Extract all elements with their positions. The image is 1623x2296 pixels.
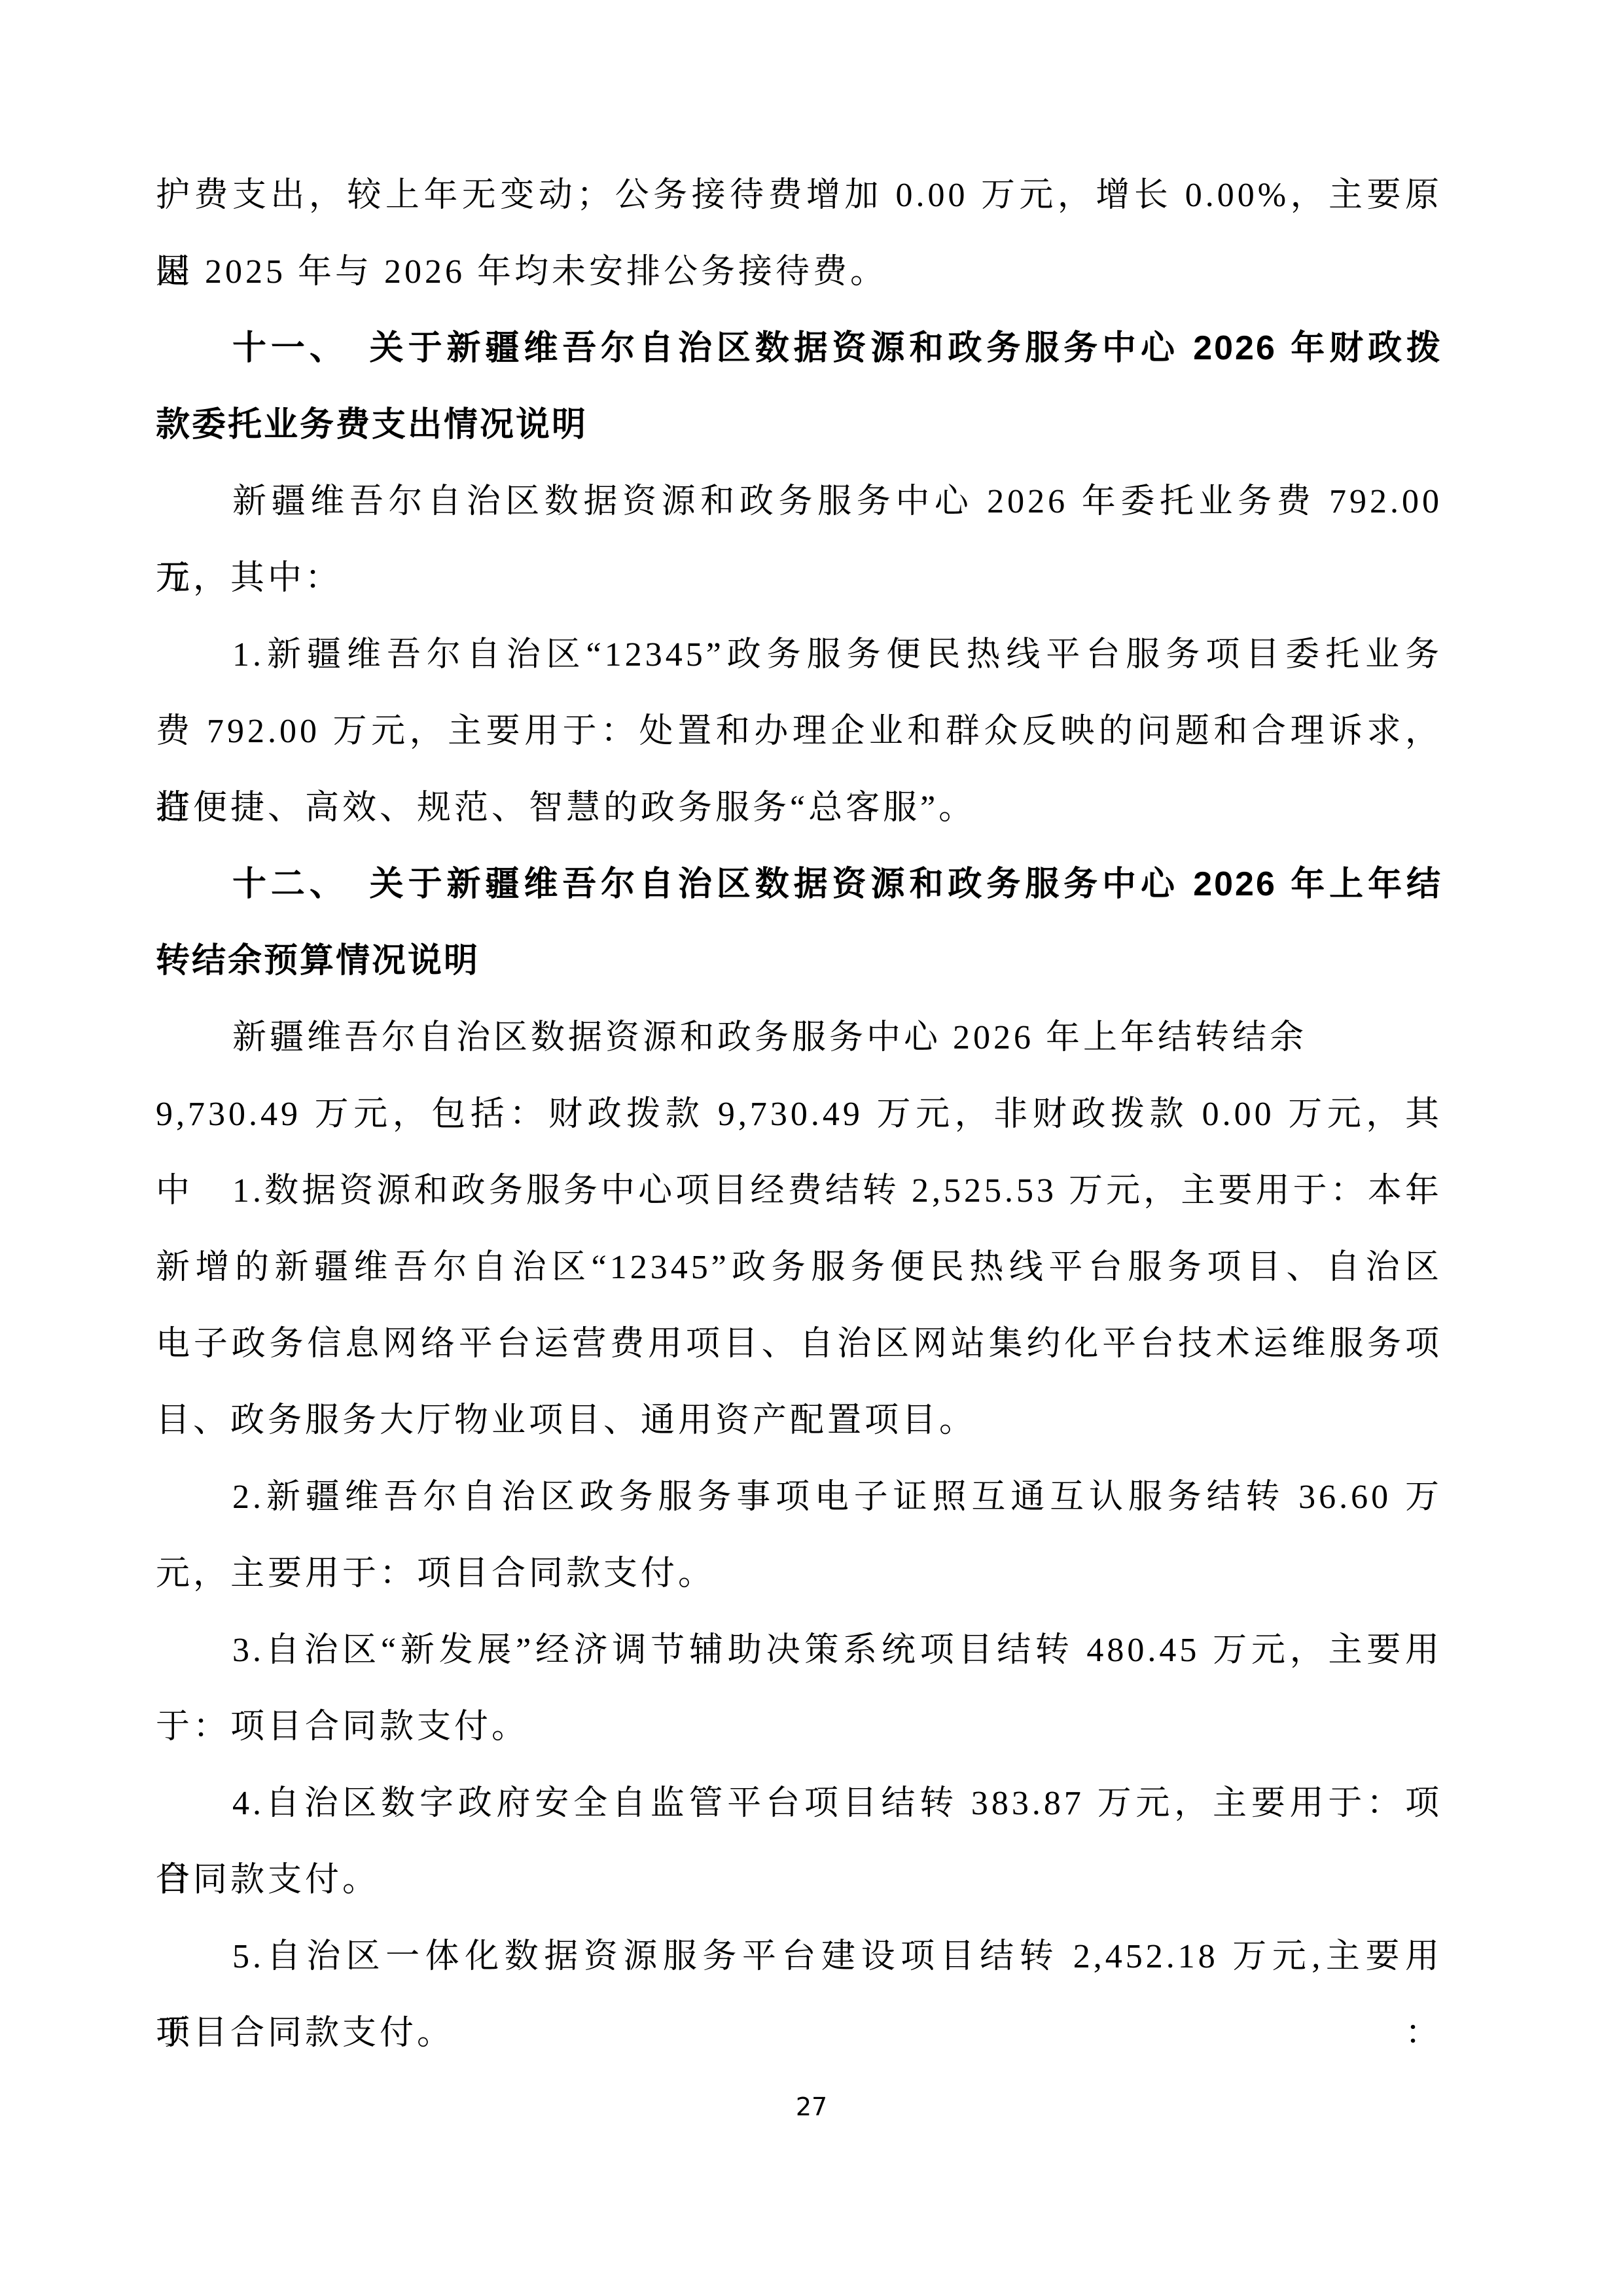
text-line: 5.自治区一体化数据资源服务平台建设项目结转 2,452.18 万元,主要用于：	[156, 1918, 1442, 1995]
section-heading-line: 十一、 关于新疆维吾尔自治区数据资源和政务服务中心 2026 年财政拨	[156, 310, 1442, 387]
text-line: 元，其中：	[156, 540, 1442, 617]
section-heading-line: 转结余预算情况说明	[156, 923, 1442, 999]
text-line: 新疆维吾尔自治区数据资源和政务服务中心 2026 年委托业务费 792.00 万	[156, 463, 1442, 540]
text-line: 合同款支付。	[156, 1842, 1442, 1918]
text-line: 新增的新疆维吾尔自治区“12345”政务服务便民热线平台服务项目、自治区	[156, 1229, 1442, 1306]
text-line: 9,730.49 万元，包括：财政拨款 9,730.49 万元，非财政拨款 0.…	[156, 1076, 1442, 1153]
text-line: 2.新疆维吾尔自治区政务服务事项电子证照互通互认服务结转 36.60 万	[156, 1459, 1442, 1535]
text-line: 3.自治区“新发展”经济调节辅助决策系统项目结转 480.45 万元，主要用	[156, 1612, 1442, 1689]
text-line: 护费支出，较上年无变动；公务接待费增加 0.00 万元，增长 0.00%，主要原…	[156, 157, 1442, 234]
text-line: 1.数据资源和政务服务中心项目经费结转 2,525.53 万元，主要用于：本年	[156, 1153, 1442, 1229]
text-line: 4.自治区数字政府安全自监管平台项目结转 383.87 万元，主要用于：项目	[156, 1765, 1442, 1842]
document-page: 护费支出，较上年无变动；公务接待费增加 0.00 万元，增长 0.00%，主要原…	[0, 0, 1623, 2296]
text-line: 新疆维吾尔自治区数据资源和政务服务中心 2026 年上年结转结余	[156, 999, 1442, 1076]
section-heading-line: 款委托业务费支出情况说明	[156, 387, 1442, 463]
page-number: 27	[0, 2092, 1623, 2122]
text-line: 目、政务服务大厅物业项目、通用资产配置项目。	[156, 1382, 1442, 1459]
section-heading-line: 十二、 关于新疆维吾尔自治区数据资源和政务服务中心 2026 年上年结	[156, 846, 1442, 923]
text-line: 费 792.00 万元，主要用于：处置和办理企业和群众反映的问题和合理诉求，打	[156, 693, 1442, 770]
text-line: 造便捷、高效、规范、智慧的政务服务“总客服”。	[156, 770, 1442, 846]
document-text-body: 护费支出，较上年无变动；公务接待费增加 0.00 万元，增长 0.00%，主要原…	[156, 157, 1442, 2072]
text-line: 是 2025 年与 2026 年均未安排公务接待费。	[156, 234, 1442, 310]
text-line: 1.新疆维吾尔自治区“12345”政务服务便民热线平台服务项目委托业务	[156, 617, 1442, 693]
text-line: 元，主要用于：项目合同款支付。	[156, 1535, 1442, 1612]
text-line: 电子政务信息网络平台运营费用项目、自治区网站集约化平台技术运维服务项	[156, 1306, 1442, 1382]
text-line: 于：项目合同款支付。	[156, 1689, 1442, 1765]
